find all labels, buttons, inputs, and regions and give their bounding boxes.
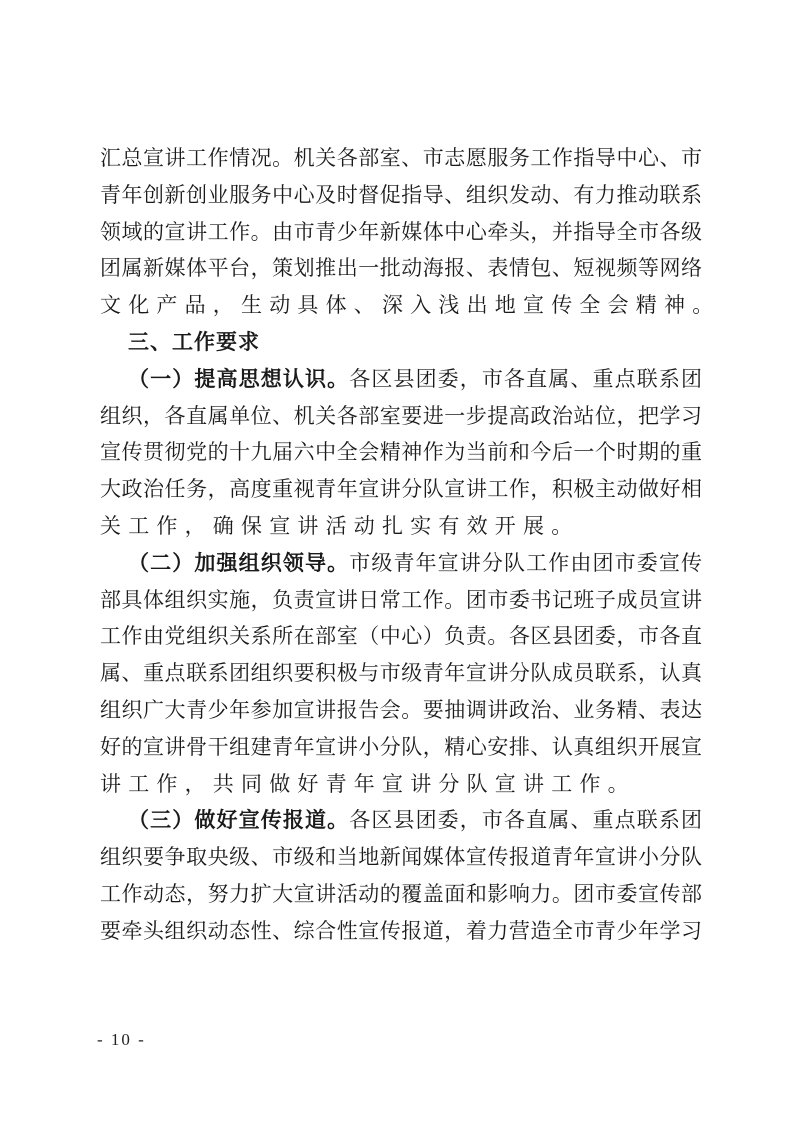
text-line: 讲工作，共同做好青年宣讲分队宣讲工作。 xyxy=(100,766,702,803)
paragraph-intro: 汇总宣讲工作情况。机关各部室、市志愿服务工作指导中心、市 青年创新创业服务中心及… xyxy=(100,140,702,324)
text-line: （一）提高思想认识。各区县团委，市各直属、重点联系团 xyxy=(100,361,702,398)
item-lead: （二）加强组织领导。 xyxy=(128,550,349,575)
text-line: 组织广大青少年参加宣讲报告会。要抽调讲政治、业务精、表达 xyxy=(100,692,702,729)
text-line: 汇总宣讲工作情况。机关各部室、市志愿服务工作指导中心、市 xyxy=(100,140,702,177)
text-line: 要牵头组织动态性、综合性宣传报道，着力营造全市青少年学习 xyxy=(100,913,702,950)
text-line: 好的宣讲骨干组建青年宣讲小分队，精心安排、认真组织开展宣 xyxy=(100,729,702,766)
text-line: 组织，各直属单位、机关各部室要进一步提高政治站位，把学习 xyxy=(100,398,702,435)
text-line: 部具体组织实施，负责宣讲日常工作。团市委书记班子成员宣讲 xyxy=(100,582,702,619)
paragraph-item-1: （一）提高思想认识。各区县团委，市各直属、重点联系团 组织，各直属单位、机关各部… xyxy=(100,361,702,545)
text-line: 领域的宣讲工作。由市青少年新媒体中心牵头，并指导全市各级 xyxy=(100,214,702,251)
text-line: 关工作，确保宣讲活动扎实有效开展。 xyxy=(100,508,702,545)
paragraph-item-3: （三）做好宣传报道。各区县团委，市各直属、重点联系团 组织要争取央级、市级和当地… xyxy=(100,802,702,949)
text-line: （二）加强组织领导。市级青年宣讲分队工作由团市委宣传 xyxy=(100,545,702,582)
section-heading: 三、工作要求 xyxy=(100,324,702,361)
text-line: 宣传贯彻党的十九届六中全会精神作为当前和今后一个时期的重 xyxy=(100,434,702,471)
item-text: 各区县团委，市各直属、重点联系团 xyxy=(349,808,702,832)
text-line: 青年创新创业服务中心及时督促指导、组织发动、有力推动联系 xyxy=(100,177,702,214)
text-line: 工作由党组织关系所在部室（中心）负责。各区县团委，市各直 xyxy=(100,618,702,655)
item-lead: （一）提高思想认识。 xyxy=(128,366,349,391)
page-number: - 10 - xyxy=(97,1030,146,1050)
item-lead: （三）做好宣传报道。 xyxy=(128,807,349,832)
text-line: 工作动态，努力扩大宣讲活动的覆盖面和影响力。团市委宣传部 xyxy=(100,876,702,913)
item-text: 各区县团委，市各直属、重点联系团 xyxy=(349,367,702,391)
item-text: 市级青年宣讲分队工作由团市委宣传 xyxy=(349,551,702,575)
text-line: 属、重点联系团组织要积极与市级青年宣讲分队成员联系，认真 xyxy=(100,655,702,692)
paragraph-item-2: （二）加强组织领导。市级青年宣讲分队工作由团市委宣传 部具体组织实施，负责宣讲日… xyxy=(100,545,702,803)
text-line: 文化产品，生动具体、深入浅出地宣传全会精神。 xyxy=(100,287,702,324)
text-line: （三）做好宣传报道。各区县团委，市各直属、重点联系团 xyxy=(100,802,702,839)
text-line: 团属新媒体平台，策划推出一批动海报、表情包、短视频等网络 xyxy=(100,250,702,287)
text-line: 大政治任务，高度重视青年宣讲分队宣讲工作，积极主动做好相 xyxy=(100,471,702,508)
document-page: 汇总宣讲工作情况。机关各部室、市志愿服务工作指导中心、市 青年创新创业服务中心及… xyxy=(100,140,702,950)
text-line: 组织要争取央级、市级和当地新闻媒体宣传报道青年宣讲小分队 xyxy=(100,839,702,876)
